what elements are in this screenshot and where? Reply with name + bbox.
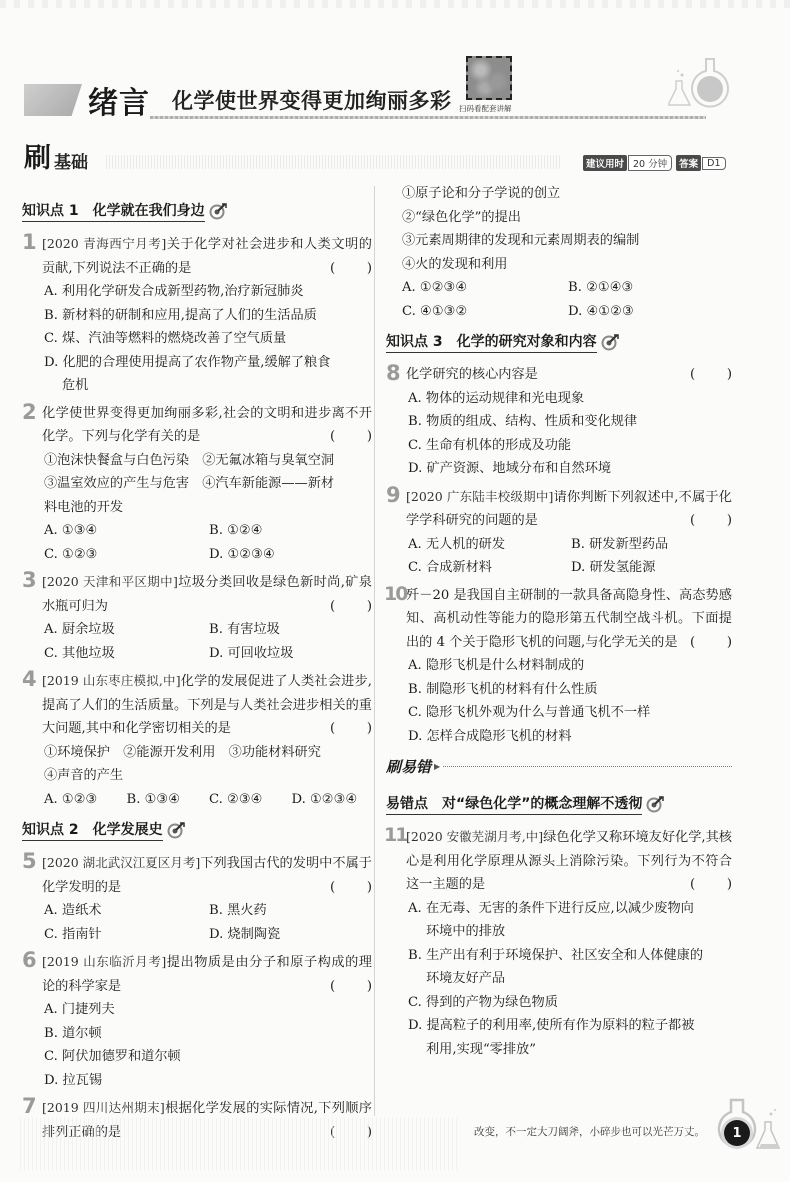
time-badge-label: 建议用时 <box>583 155 627 171</box>
target-key-icon <box>167 821 185 839</box>
answer-blank[interactable]: () <box>330 257 372 281</box>
option-c: C. 合成新材料 <box>406 556 569 580</box>
question-6: 6 [2019 山东临沂月考]提出物质是由分子和原子构成的理论的科学家是() A… <box>22 950 372 1092</box>
knowledge-point-1: 知识点 1化学就在我们身边 <box>22 200 372 222</box>
question-source: [2019 山东枣庄模拟,中] <box>42 673 181 688</box>
answer-blank[interactable]: () <box>330 425 372 449</box>
question-stem: 歼－20 是我国自主研制的一款具备高隐身性、高态势感知、高机动性等能力的隐形第五… <box>406 588 732 650</box>
question-source: [2019 山东临沂月考] <box>42 954 166 969</box>
question-number: 3 <box>22 568 37 592</box>
qr-caption: 扫码看配套讲解 <box>459 103 512 114</box>
question-5: 5 [2020 湖北武汉江夏区月考]下列我国古代的发明中不属于化学发明的是() … <box>22 851 372 946</box>
question-source: [2020 青海西宁月考] <box>42 236 166 251</box>
option-c: C. ①②③ <box>42 543 207 567</box>
scan-noise <box>0 0 790 8</box>
answer-blank[interactable]: () <box>690 363 732 387</box>
option-a: A. 门捷列夫 <box>42 998 372 1022</box>
section-name: 基础 <box>54 152 88 174</box>
option-c: C. 得到的产物为绿色物质 <box>406 991 732 1015</box>
option-b: B. 有害垃圾 <box>207 618 372 642</box>
question-stem: 化学研究的核心内容是 <box>406 367 538 382</box>
option-d: D. 怎样合成隐形飞机的材料 <box>406 725 732 749</box>
option-a: A. 造纸术 <box>42 899 207 923</box>
option-a: A. 物体的运动规律和光电现象 <box>406 387 732 411</box>
question-1: 1 [2020 青海西宁月考]关于化学对社会进步和人类文明的贡献,下列说法不正确… <box>22 232 372 398</box>
option-a: A. 厨余垃圾 <box>42 618 207 642</box>
option-c: C. ②③④ <box>207 788 290 812</box>
statement: ①原子论和分子学说的创立 <box>400 182 732 206</box>
option-d-continued: 利用,实现“零排放” <box>406 1038 732 1062</box>
question-source: [2020 天津和平区期中] <box>42 574 178 589</box>
option-b: B. 新材料的研制和应用,提高了人们的生活品质 <box>42 304 372 328</box>
option-a: A. 利用化学研发合成新型药物,治疗新冠肺炎 <box>42 280 372 304</box>
chapter-label: 绪言 <box>88 78 150 122</box>
question-11: 11 [2020 安徽芜湖月考,中]绿色化学又称环境友好化学,其核心是利用化学原… <box>386 825 732 1061</box>
option-b: B. 生产出有利于环境保护、社区安全和人体健康的 <box>406 944 732 968</box>
option-a-continued: 环境中的排放 <box>406 920 732 944</box>
qr-code[interactable] <box>466 56 512 100</box>
error-section-label: 刷易错 <box>386 756 431 777</box>
title-underline <box>150 116 706 119</box>
brush-char: 刷 <box>24 144 51 174</box>
option-d: D. 化肥的合理使用提高了农作物产量,缓解了粮食 <box>42 351 372 375</box>
option-d: D. 矿产资源、地域分布和自然环境 <box>406 457 732 481</box>
option-d: D. 烧制陶瓷 <box>207 923 372 947</box>
answer-blank[interactable]: () <box>330 975 372 999</box>
column-divider <box>374 186 375 1116</box>
option-d: D. 拉瓦锡 <box>42 1069 372 1093</box>
target-key-icon <box>646 795 664 813</box>
option-c: C. 隐形飞机外观为什么与普通飞机不一样 <box>406 701 732 725</box>
question-8: 8 化学研究的核心内容是() A. 物体的运动规律和光电现象 B. 物质的组成、… <box>386 363 732 481</box>
right-column: ①原子论和分子学说的创立 ②“绿色化学”的提出 ③元素周期律的发现和元素周期表的… <box>386 182 732 1065</box>
question-number: 4 <box>22 667 37 691</box>
option-c: C. 生命有机体的形成及功能 <box>406 434 732 458</box>
option-a: A. ①③④ <box>42 519 207 543</box>
triangle-right-icon: ▶ <box>434 762 440 771</box>
answer-blank[interactable]: () <box>690 631 732 655</box>
option-a: A. ①②③④ <box>400 276 566 300</box>
option-c: C. 煤、汽油等燃料的燃烧改善了空气质量 <box>42 327 372 351</box>
question-7-continued: ①原子论和分子学说的创立 ②“绿色化学”的提出 ③元素周期律的发现和元素周期表的… <box>386 182 732 323</box>
title-decor-block <box>24 84 82 116</box>
option-b: B. 黑火药 <box>207 899 372 923</box>
statement: ②“绿色化学”的提出 <box>400 206 732 230</box>
question-number: 2 <box>22 400 37 424</box>
option-d: D. ①②③④ <box>207 543 372 567</box>
question-number: 7 <box>22 1094 37 1118</box>
option-b-continued: 环境友好产品 <box>406 967 732 991</box>
option-c: C. ④①③② <box>400 300 566 324</box>
answer-blank[interactable]: () <box>330 595 372 619</box>
target-key-icon <box>601 333 619 351</box>
answer-badge-value[interactable]: D1 <box>702 157 725 170</box>
footer-motto: 改变，不一定大刀阔斧，小碎步也可以光芒万丈。 <box>474 1124 705 1139</box>
question-number: 11 <box>384 823 406 847</box>
error-section-title: 刷易错 ▶ <box>386 756 732 777</box>
question-source: [2020 广东陆丰校级期中] <box>406 489 553 504</box>
page-number: 1 <box>724 1120 750 1146</box>
option-a: A. 无人机的研发 <box>406 533 569 557</box>
option-a: A. 在无毒、无害的条件下进行反应,以减少废物向 <box>406 897 732 921</box>
option-b: B. ①③④ <box>125 788 208 812</box>
section-badges: 建议用时 20 分钟 答案 D1 <box>583 155 726 171</box>
question-stem: 化学使世界变得更加绚丽多彩,社会的文明和进步离不开化学。下列与化学有关的是 <box>42 406 372 445</box>
option-d: D. 研发氢能源 <box>569 556 732 580</box>
question-number: 10 <box>384 582 406 606</box>
statement: ①环境保护 ②能源开发利用 ③功能材料研究 <box>42 741 372 765</box>
question-number: 8 <box>386 361 401 385</box>
left-column: 知识点 1化学就在我们身边 1 [2020 青海西宁月考]关于化学对社会进步和人… <box>22 196 372 1148</box>
option-d: D. ①②③④ <box>290 788 373 812</box>
option-d: D. 可回收垃圾 <box>207 642 372 666</box>
answer-badge-label: 答案 <box>676 155 701 171</box>
option-b: B. 研发新型药品 <box>569 533 732 557</box>
answer-blank[interactable]: () <box>330 717 372 741</box>
dotted-rule <box>443 766 732 767</box>
option-a: A. ①②③ <box>42 788 125 812</box>
question-source: [2020 安徽芜湖月考,中] <box>406 829 543 844</box>
question-3: 3 [2020 天津和平区期中]垃圾分类回收是绿色新时尚,矿泉水瓶可归为() A… <box>22 570 372 665</box>
statement: ①泡沫快餐盒与白色污染 ②无氟冰箱与臭氧空洞 <box>42 449 372 473</box>
statement: 料电池的开发 <box>42 496 372 520</box>
section-stripes <box>106 155 561 169</box>
question-number: 9 <box>386 483 401 507</box>
answer-blank[interactable]: () <box>690 873 732 897</box>
chapter-title: 化学使世界变得更加绚丽多彩 <box>172 85 452 115</box>
knowledge-point-2: 知识点 2化学发展史 <box>22 819 372 841</box>
target-key-icon <box>209 202 227 220</box>
time-badge-value: 20 分钟 <box>628 155 672 171</box>
knowledge-point-3: 知识点 3化学的研究对象和内容 <box>386 331 732 353</box>
option-c: C. 阿伏加德罗和道尔顿 <box>42 1045 372 1069</box>
option-d: D. ④①②③ <box>566 300 732 324</box>
option-b: B. ②①④③ <box>566 276 732 300</box>
question-source: [2019 四川达州期末] <box>42 1100 165 1115</box>
section-title: 刷 基础 <box>24 144 88 174</box>
option-b: B. 道尔顿 <box>42 1022 372 1046</box>
option-a: A. 隐形飞机是什么材料制成的 <box>406 654 732 678</box>
statement: ④火的发现和利用 <box>400 253 732 277</box>
statement: ③温室效应的产生与危害 ④汽车新能源——新材 <box>42 472 372 496</box>
error-point-heading: 易错点对“绿色化学”的概念理解不透彻 <box>386 793 732 815</box>
scan-noise <box>20 1118 460 1170</box>
option-c: C. 其他垃圾 <box>42 642 207 666</box>
question-source: [2020 湖北武汉江夏区月考] <box>42 855 200 870</box>
option-b: B. 物质的组成、结构、性质和变化规律 <box>406 410 732 434</box>
option-b: B. ①②④ <box>207 519 372 543</box>
statement: ④声音的产生 <box>42 764 372 788</box>
question-number: 1 <box>22 230 37 254</box>
option-c: C. 指南针 <box>42 923 207 947</box>
option-b: B. 制隐形飞机的材料有什么性质 <box>406 678 732 702</box>
chapter-title-bar: 绪言 化学使世界变得更加绚丽多彩 <box>24 84 444 116</box>
statement: ③元素周期律的发现和元素周期表的编制 <box>400 229 732 253</box>
answer-blank[interactable]: () <box>330 876 372 900</box>
question-2: 2 化学使世界变得更加绚丽多彩,社会的文明和进步离不开化学。下列与化学有关的是(… <box>22 402 372 567</box>
question-10: 10 歼－20 是我国自主研制的一款具备高隐身性、高态势感知、高机动性等能力的隐… <box>386 584 732 749</box>
question-9: 9 [2020 广东陆丰校级期中]请你判断下列叙述中,不属于化学学科研究的问题的… <box>386 485 732 580</box>
question-number: 6 <box>22 948 37 972</box>
option-d-continued: 危机 <box>42 374 372 398</box>
question-4: 4 [2019 山东枣庄模拟,中]化学的发展促进了人类社会进步,提高了人们的生活… <box>22 669 372 811</box>
question-number: 5 <box>22 849 37 873</box>
answer-blank[interactable]: () <box>690 509 732 533</box>
flask-icon <box>668 55 730 111</box>
option-d: D. 提高粒子的利用率,使所有作为原料的粒子都被 <box>406 1014 732 1038</box>
